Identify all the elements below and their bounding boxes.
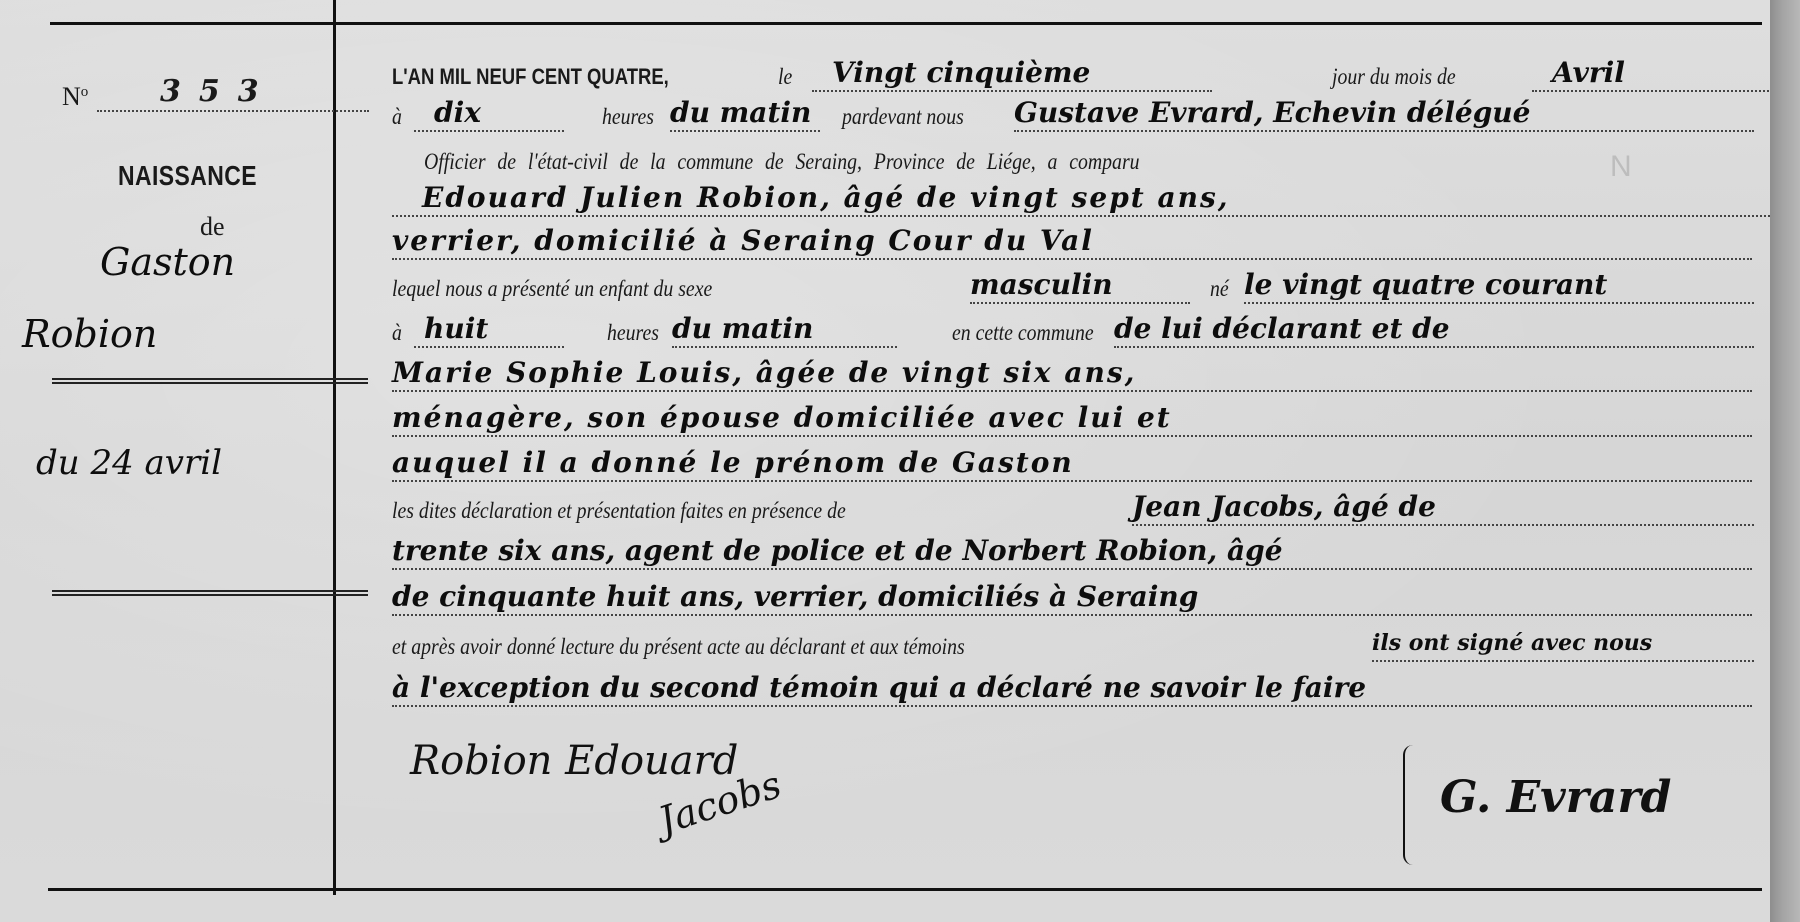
printed-a2: à [392,320,402,346]
fill-hour: dix [414,96,564,132]
column-divider [333,0,336,895]
printed-lequel: lequel nous a présenté un enfant du sexe [392,276,712,302]
body-line-8: Marie Sophie Louis, âgée de vingt six an… [392,350,1736,396]
record-date: du 24 avril [36,443,222,483]
printed-le: le [778,64,792,90]
body-line-7: à huit heures du matin en cette commune … [392,306,1736,352]
body-line-10: auquel il a donné le prénom de Gaston [392,440,1736,486]
body-line-14: et après avoir donné lecture du présent … [392,620,1736,666]
fill-given-name: auquel il a donné le prénom de Gaston [392,446,1752,482]
body-line-4: Edouard Julien Robion, âgé de vingt sept… [392,175,1736,221]
printed-lecture: et après avoir donné lecture du présent … [392,634,965,660]
record-number: 353 [160,74,277,109]
top-rule [50,22,1762,25]
signature-officer: G. Evrard [1440,772,1671,823]
fill-witness-details: trente six ans, agent de police et de No… [392,534,1752,570]
fill-time: du matin [670,96,820,132]
margin-double-rule-2 [52,590,368,596]
fill-witness-2-details: de cinquante huit ans, verrier, domicili… [392,580,1752,616]
fill-birth-hour: huit [414,312,564,348]
record-number-dotted-line [97,110,369,112]
fill-day: Vingt cinquième [812,56,1212,92]
signature-declarant: Robion Edouard [410,738,738,784]
child-first-name: Gaston [100,240,235,284]
printed-heures: heures [602,104,654,130]
fill-witness-1: Jean Jacobs, âgé de [1132,490,1754,526]
fill-declarant-occupation: verrier, domicilié à Seraing Cour du Val [392,224,1752,260]
body-line-12: trente six ans, agent de police et de No… [392,528,1736,574]
printed-year: L'AN MIL NEUF CENT QUATRE, [392,64,669,90]
fill-officer: Gustave Evrard, Echevin délégué [1014,96,1754,132]
bottom-rule [48,888,1762,891]
record-type-title: NAISSANCE [118,160,282,192]
body-line-9: ménagère, son épouse domiciliée avec lui… [392,395,1736,441]
fill-born: le vingt quatre courant [1244,268,1754,304]
body-line-11: les dites déclaration et présentation fa… [392,484,1736,530]
fill-signed: ils ont signé avec nous [1372,626,1754,662]
printed-heures2: heures [607,320,659,346]
printed-pardevant: pardevant nous [842,104,964,130]
printed-a: à [392,104,402,130]
printed-presence: les dites déclaration et présentation fa… [392,498,846,524]
body-line-6: lequel nous a présenté un enfant du sexe… [392,262,1736,308]
fill-exception: à l'exception du second témoin qui a déc… [392,671,1752,707]
body-line-5: verrier, domicilié à Seraing Cour du Val [392,218,1736,264]
printed-jour: jour du mois de [1332,64,1456,90]
margin-double-rule-1 [52,378,368,384]
register-page: No 353 NAISSANCE de Gaston Robion du 24 … [0,0,1770,922]
printed-officier: Officier de l'état-civil de la commune d… [424,149,1140,175]
child-last-name: Robion [22,312,157,356]
fill-parents: de lui déclarant et de [1114,312,1754,348]
record-number-label: No [62,82,88,112]
fill-mother: Marie Sophie Louis, âgée de vingt six an… [392,356,1752,392]
body-line-13: de cinquante huit ans, verrier, domicili… [392,574,1736,620]
body-line-2: à dix heures du matin pardevant nous Gus… [392,90,1736,136]
page-binding-edge [1770,0,1800,922]
body-line-15: à l'exception du second témoin qui a déc… [392,665,1736,711]
fill-declarant: Edouard Julien Robion, âgé de vingt sept… [392,181,1782,217]
fill-month: Avril [1532,56,1772,92]
fill-mother-occupation: ménagère, son épouse domiciliée avec lui… [392,401,1752,437]
signature-brace [1403,745,1419,865]
fill-birth-time: du matin [672,312,897,348]
printed-commune: en cette commune [952,320,1094,346]
record-de: de [200,212,225,242]
fill-sex: masculin [970,268,1190,304]
printed-ne: né [1210,276,1229,302]
